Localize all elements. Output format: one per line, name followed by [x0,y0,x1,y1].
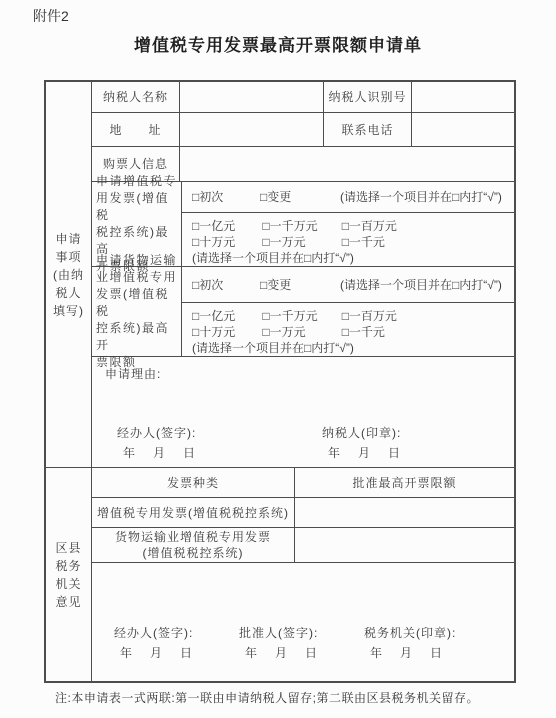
vat-checkbox-10m: □一千万元 [262,218,338,234]
row-freight-invoice: 货物运输业增值税专用发票 (增值税税控系统) [92,528,514,563]
freight-checkbox-100k: □十万元 [192,324,259,340]
row-taxpayer-name: 纳税人名称 纳税人识别号 [92,82,514,113]
vat-invoice-limit-cell [295,498,514,527]
vat-checkbox-100k: □十万元 [192,234,259,250]
row-reason: 申请理由: 经办人(签字): 年 月 日 纳税人(印章): 年 月 日 [92,357,514,467]
freight-checkbox-100m: □一亿元 [192,308,259,324]
freight-checkbox-1k: □一千元 [342,325,385,339]
vat-checkbox-1k: □一千元 [342,235,385,249]
address-value-cell [180,113,324,146]
freight-invoice-label: 货物运输业增值税专用发票 (增值税税控系统) [92,528,295,562]
section-tax-authority-opinion: 区县 税务 机关 意见 发票种类 批准最高开票限额 增值税专用发票(增值税税控系… [46,468,514,681]
taxpayer-id-value-cell [412,82,514,112]
vat-request-amount-options: □一亿元 □一千万元 □一百万元 □十万元 □一万元 □一千元 (请选择一个项目… [182,213,514,266]
application-form-table: 申请 事项 (由纳 税人 填写) 纳税人名称 纳税人识别号 地 址 联系电话 购… [44,80,516,683]
row-opinion-signatures: 经办人(签字): 年 月 日 批准人(签字): 年 月 日 税务机关(印章): … [92,563,514,681]
phone-label: 联系电话 [324,113,412,146]
opinion-signature-cell: 经办人(签字): 年 月 日 批准人(签字): 年 月 日 税务机关(印章): … [92,563,514,681]
form-page: 附件2 增值税专用发票最高开票限额申请单 申请 事项 (由纳 税人 填写) 纳税… [0,0,556,718]
vat-checkbox-1m: □一百万元 [342,219,397,233]
attachment-label: 附件2 [33,6,69,26]
freight-checkbox-change: □变更 [260,277,340,293]
taxpayer-date-line: 年 月 日 [322,443,403,463]
section-application-items: 申请 事项 (由纳 税人 填写) 纳税人名称 纳税人识别号 地 址 联系电话 购… [46,82,514,468]
freight-request-amount-options: □一亿元 □一千万元 □一百万元 □十万元 □一万元 □一千元 (请选择一个项目… [182,303,514,356]
vat-checkbox-first-time: □初次 [192,189,260,205]
freight-amount-tip: (请选择一个项目并在□内打“√”) [192,340,514,356]
vat-invoice-label: 增值税专用发票(增值税税控系统) [92,498,295,527]
row-address: 地 址 联系电话 [92,113,514,147]
vat-checkbox-change: □变更 [260,189,340,205]
page-title: 增值税专用发票最高开票限额申请单 [0,31,556,56]
opinion-authority-block: 税务机关(印章): 年 月 日 [364,623,456,663]
approver-sign-label: 批准人(签字): [239,623,320,643]
address-label: 地 址 [92,113,180,146]
vat-select-tip: (请选择一个项目并在□内打“√”) [340,189,502,205]
approver-date-line: 年 月 日 [239,643,320,663]
buyer-info-value-cell [180,147,514,181]
handler-signature-block: 经办人(签字): 年 月 日 [117,423,198,463]
freight-invoice-limit-cell [295,528,514,562]
authority-seal-label: 税务机关(印章): [364,623,456,643]
taxpayer-seal-label: 纳税人(印章): [322,423,403,443]
freight-checkbox-10k: □一万元 [262,324,338,340]
freight-request-label: 申请货物运输 业增值税专用 发票(增值税税 控系统)最高开 票限额 [92,267,182,356]
vat-request-type-options: □初次 □变更 (请选择一个项目并在□内打“√”) [182,182,514,213]
vat-amount-tip: (请选择一个项目并在□内打“√”) [192,250,514,266]
freight-checkbox-first-time: □初次 [192,277,260,293]
freight-checkbox-10m: □一千万元 [262,308,338,324]
freight-checkbox-1m: □一百万元 [342,309,397,323]
opinion-approver-block: 批准人(签字): 年 月 日 [239,623,320,663]
reason-label: 申请理由: [105,366,161,382]
vat-checkbox-10k: □一万元 [262,234,338,250]
invoice-type-header: 发票种类 [92,468,295,497]
handler-sign-label: 经办人(签字): [117,423,198,443]
taxpayer-name-value-cell [180,82,324,112]
vat-checkbox-100m: □一亿元 [192,218,259,234]
approved-limit-header: 批准最高开票限额 [295,468,514,497]
row-vat-invoice: 增值税专用发票(增值税税控系统) [92,498,514,528]
taxpayer-id-label: 纳税人识别号 [324,82,412,112]
section2-side-label: 区县 税务 机关 意见 [46,468,92,681]
row-invoice-type-header: 发票种类 批准最高开票限额 [92,468,514,498]
opinion-handler-block: 经办人(签字): 年 月 日 [114,623,195,663]
section1-side-label: 申请 事项 (由纳 税人 填写) [46,82,92,467]
taxpayer-seal-block: 纳税人(印章): 年 月 日 [322,423,403,463]
freight-select-tip: (请选择一个项目并在□内打“√”) [340,277,502,293]
footer-note: 注:本申请表一式两联:第一联由申请纳税人留存;第二联由区县税务机关留存。 [55,689,479,706]
reason-cell: 申请理由: 经办人(签字): 年 月 日 纳税人(印章): 年 月 日 [92,357,514,467]
authority-date-line: 年 月 日 [364,643,456,663]
phone-value-cell [412,113,514,146]
opinion-handler-date-line: 年 月 日 [114,643,195,663]
row-freight-request: 申请货物运输 业增值税专用 发票(增值税税 控系统)最高开 票限额 □初次 □变… [92,267,514,357]
freight-request-type-options: □初次 □变更 (请选择一个项目并在□内打“√”) [182,267,514,303]
handler-date-line: 年 月 日 [117,443,198,463]
opinion-handler-sign-label: 经办人(签字): [114,623,195,643]
taxpayer-name-label: 纳税人名称 [92,82,180,112]
